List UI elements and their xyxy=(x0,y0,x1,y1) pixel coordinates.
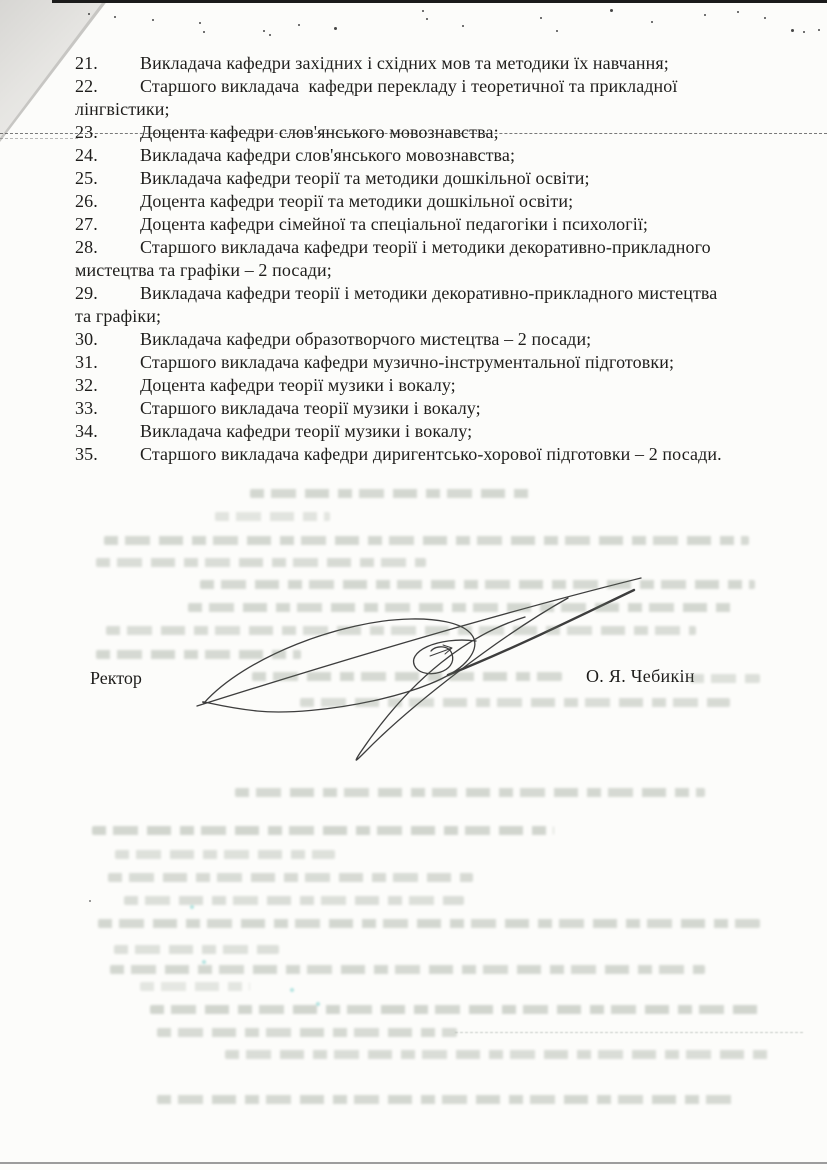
list-item: 22.Старшого викладача кафедри перекладу … xyxy=(75,75,795,121)
bleed-through-line xyxy=(106,626,696,635)
bleed-through-line xyxy=(250,489,530,498)
bleed-through-line xyxy=(235,788,705,797)
scan-speck xyxy=(704,14,706,16)
bleed-through-line xyxy=(110,965,705,974)
item-number: 35. xyxy=(75,443,140,466)
scan-speck xyxy=(764,17,766,19)
bleed-through-line xyxy=(115,850,335,859)
cyan-speck xyxy=(290,988,294,992)
item-number: 26. xyxy=(75,190,140,213)
scan-speck xyxy=(263,30,265,32)
bleed-through-dashed-line xyxy=(455,1032,803,1033)
scan-speck xyxy=(818,29,820,31)
bleed-through-line xyxy=(124,896,464,905)
bleed-through-line xyxy=(188,603,733,612)
list-item: 33.Старшого викладача теорії музики і во… xyxy=(75,397,795,420)
list-item: 21.Викладача кафедри західних і східних … xyxy=(75,52,795,75)
bleed-through-line xyxy=(150,1005,762,1014)
item-text-line: Старшого викладача кафедри перекладу і т… xyxy=(140,76,678,96)
bleed-through-line xyxy=(300,698,730,707)
cyan-speck xyxy=(316,1002,320,1006)
bleed-through-line xyxy=(96,650,301,659)
bleed-through-line xyxy=(108,873,473,882)
scan-speck xyxy=(334,27,337,30)
list-item: 32.Доцента кафедри теорії музики і вокал… xyxy=(75,374,795,397)
item-text-line: Викладача кафедри теорії музики і вокалу… xyxy=(140,421,472,441)
item-number: 34. xyxy=(75,420,140,443)
scan-speck xyxy=(791,29,794,32)
scan-speck xyxy=(203,31,205,33)
bleed-through-line xyxy=(200,580,755,589)
bleed-through-line xyxy=(157,1095,737,1104)
bleed-through-line xyxy=(96,558,426,567)
scan-speck xyxy=(114,16,116,18)
signature-signer-name: О. Я. Чебикін xyxy=(586,666,695,687)
item-number: 25. xyxy=(75,167,140,190)
item-text-line: Доцента кафедри теорії музики і вокалу; xyxy=(140,375,456,395)
scan-speck xyxy=(651,21,653,23)
scanned-document-page: 21.Викладача кафедри західних і східних … xyxy=(0,0,827,1170)
list-item: 27.Доцента кафедри сімейної та спеціальн… xyxy=(75,213,795,236)
list-item: 28.Старшого викладача кафедри теорії і м… xyxy=(75,236,795,282)
bleed-through-line xyxy=(140,982,250,991)
item-text-line: Старшого викладача кафедри музично-інстр… xyxy=(140,352,674,372)
item-number: 30. xyxy=(75,328,140,351)
cyan-speck xyxy=(202,960,206,964)
cyan-speck xyxy=(190,905,194,909)
bleed-through-line xyxy=(252,672,562,681)
bleed-through-line xyxy=(104,536,749,545)
item-text-line: Доцента кафедри слов'янського мовознавст… xyxy=(140,122,499,142)
scan-speck xyxy=(540,17,542,19)
item-number: 21. xyxy=(75,52,140,75)
bleed-through-line xyxy=(225,1050,770,1059)
list-item: 25.Викладача кафедри теорії та методики … xyxy=(75,167,795,190)
item-text-line: Викладача кафедри західних і східних мов… xyxy=(140,53,669,73)
list-item: 24.Викладача кафедри слов'янського мовоз… xyxy=(75,144,795,167)
bleed-through-line xyxy=(157,1028,457,1037)
item-text-line: Старшого викладача кафедри теорії і мето… xyxy=(140,237,711,257)
item-number: 24. xyxy=(75,144,140,167)
position-list: 21.Викладача кафедри західних і східних … xyxy=(75,52,795,466)
item-number: 28. xyxy=(75,236,140,259)
list-item: 34.Викладача кафедри теорії музики і вок… xyxy=(75,420,795,443)
list-item: 29.Викладача кафедри теорії і методики д… xyxy=(75,282,795,328)
item-number: 32. xyxy=(75,374,140,397)
signature-role-label: Ректор xyxy=(90,668,142,689)
scan-bottom-edge xyxy=(0,1162,827,1164)
item-text-line: Старшого викладача теорії музики і вокал… xyxy=(140,398,481,418)
scan-speck xyxy=(556,30,558,32)
item-number: 33. xyxy=(75,397,140,420)
list-item: 35.Старшого викладача кафедри диригентсь… xyxy=(75,443,795,466)
bleed-through-line xyxy=(690,674,760,683)
scan-speck xyxy=(269,34,271,36)
bleed-through-line xyxy=(114,945,279,954)
scan-speck xyxy=(462,25,464,27)
scan-speck xyxy=(298,24,300,26)
scan-top-edge xyxy=(52,0,827,3)
scan-speck xyxy=(422,10,424,12)
item-number: 31. xyxy=(75,351,140,374)
item-text-line: Викладача кафедри образотворчого мистецт… xyxy=(140,329,591,349)
scan-speck xyxy=(199,22,201,24)
bleed-through-line xyxy=(92,826,554,835)
list-item: 31.Старшого викладача кафедри музично-ін… xyxy=(75,351,795,374)
scan-speck xyxy=(426,18,428,20)
item-number: 22. xyxy=(75,75,140,98)
list-item: 30.Викладача кафедри образотворчого мист… xyxy=(75,328,795,351)
scan-speck xyxy=(88,13,90,15)
fold-crease-line xyxy=(0,138,78,139)
item-text-line: Доцента кафедри сімейної та спеціальної … xyxy=(140,214,648,234)
list-item: 23.Доцента кафедри слов'янського мовозна… xyxy=(75,121,795,144)
scan-speck xyxy=(152,19,154,21)
item-text-line: Викладача кафедри теорії та методики дош… xyxy=(140,168,590,188)
item-number: 29. xyxy=(75,282,140,305)
item-number: 23. xyxy=(75,121,140,144)
bleed-through-line xyxy=(215,512,330,521)
scan-speck xyxy=(737,11,739,13)
bleed-through-line xyxy=(98,919,760,928)
item-text-line: Викладача кафедри теорії і методики деко… xyxy=(140,283,717,303)
scan-speck xyxy=(803,31,805,33)
item-text-line: та графіки; xyxy=(75,306,161,326)
item-text-line: лінгвістики; xyxy=(75,99,170,119)
item-text-line: мистецтва та графіки – 2 посади; xyxy=(75,260,332,280)
item-text-line: Старшого викладача кафедри диригентсько-… xyxy=(140,444,722,464)
list-item: 26.Доцента кафедри теорії та методики до… xyxy=(75,190,795,213)
scan-speck xyxy=(89,900,91,902)
item-text-line: Викладача кафедри слов'янського мовознав… xyxy=(140,145,515,165)
item-number: 27. xyxy=(75,213,140,236)
scan-speck xyxy=(610,9,613,12)
item-text-line: Доцента кафедри теорії та методики дошкі… xyxy=(140,191,573,211)
